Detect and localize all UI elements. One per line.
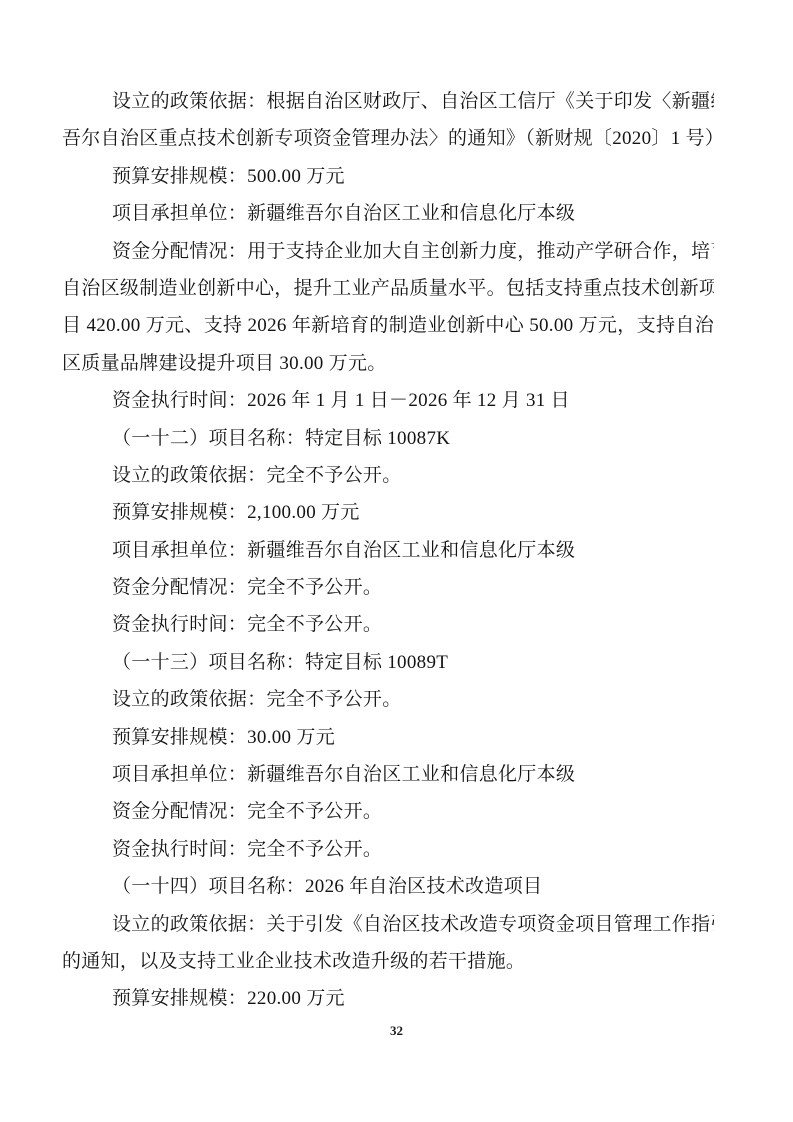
document-line: 区质量品牌建设提升项目 30.00 万元。 xyxy=(62,345,714,382)
document-line: 目 420.00 万元、支持 2026 年新培育的制造业创新中心 50.00 万… xyxy=(62,307,714,344)
document-line: 预算安排规模：2,100.00 万元 xyxy=(62,494,714,531)
document-line: 项目承担单位：新疆维吾尔自治区工业和信息化厅本级 xyxy=(62,195,714,232)
document-page: 设立的政策依据：根据自治区财政厅、自治区工信厅《关于印发〈新疆维吾尔自治区重点技… xyxy=(0,0,793,1122)
document-line: 资金分配情况：完全不予公开。 xyxy=(62,793,714,830)
document-line: 吾尔自治区重点技术创新专项资金管理办法〉的通知》（新财规〔2020〕1 号）。 xyxy=(62,120,714,157)
document-line: 设立的政策依据：完全不予公开。 xyxy=(62,457,714,494)
document-line: （一十三）项目名称：特定目标 10089T xyxy=(62,644,714,681)
document-line: （一十二）项目名称：特定目标 10087K xyxy=(62,420,714,457)
document-line: 预算安排规模：220.00 万元 xyxy=(62,980,714,1017)
document-line: 项目承担单位：新疆维吾尔自治区工业和信息化厅本级 xyxy=(62,532,714,569)
document-line: （一十四）项目名称：2026 年自治区技术改造项目 xyxy=(62,868,714,905)
document-line: 资金执行时间：完全不予公开。 xyxy=(62,606,714,643)
document-line: 项目承担单位：新疆维吾尔自治区工业和信息化厅本级 xyxy=(62,756,714,793)
document-line: 资金分配情况：完全不予公开。 xyxy=(62,569,714,606)
document-line: 自治区级制造业创新中心，提升工业产品质量水平。包括支持重点技术创新项 xyxy=(62,270,714,307)
document-line: 的通知，以及支持工业企业技术改造升级的若干措施。 xyxy=(62,943,714,980)
document-line: 设立的政策依据：关于引发《自治区技术改造专项资金项目管理工作指引》 xyxy=(62,906,714,943)
document-line: 资金执行时间：完全不予公开。 xyxy=(62,831,714,868)
document-line: 设立的政策依据：根据自治区财政厅、自治区工信厅《关于印发〈新疆维 xyxy=(62,83,714,120)
document-line: 预算安排规模：500.00 万元 xyxy=(62,158,714,195)
document-line: 预算安排规模：30.00 万元 xyxy=(62,719,714,756)
document-line: 资金执行时间：2026 年 1 月 1 日－2026 年 12 月 31 日 xyxy=(62,382,714,419)
document-body-text: 设立的政策依据：根据自治区财政厅、自治区工信厅《关于印发〈新疆维吾尔自治区重点技… xyxy=(62,83,714,1018)
page-number: 32 xyxy=(0,1023,793,1039)
document-line: 资金分配情况：用于支持企业加大自主创新力度，推动产学研合作，培育 xyxy=(62,233,714,270)
document-line: 设立的政策依据：完全不予公开。 xyxy=(62,681,714,718)
